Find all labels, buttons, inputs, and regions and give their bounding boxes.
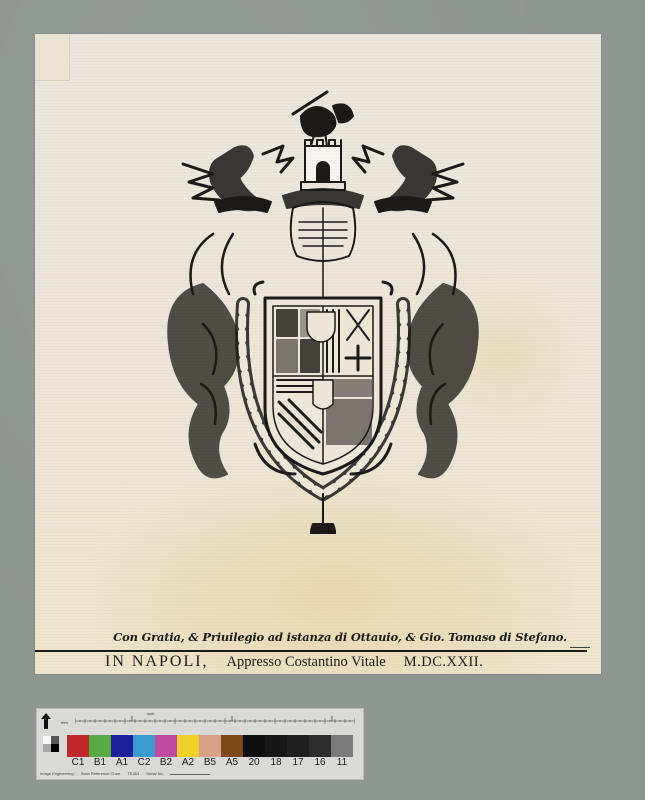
- patch-label: 18: [265, 757, 287, 768]
- patch-label: A2: [177, 757, 199, 768]
- chart-serial-label: Serial No.: [146, 771, 164, 776]
- patch-c1: [67, 735, 89, 757]
- chart-footer: Image Engineering Scan Reference Chart T…: [40, 771, 216, 776]
- mounting-tape: [35, 34, 70, 81]
- patch-label: A5: [221, 757, 243, 768]
- patch-label: B5: [199, 757, 221, 768]
- printed-leaf: Con Gratia, & Priuilegio ad istanza di O…: [35, 34, 601, 674]
- patch-c2: [133, 735, 155, 757]
- patch-label: C1: [67, 757, 89, 768]
- imprint-date: M.DC.XXII.: [404, 654, 484, 671]
- scan-reference-chart: mm inch C1 B1 A1 C2 B2 A2 B5: [36, 708, 364, 780]
- castle-tower-icon: [301, 140, 345, 190]
- mantling-right-icon: [408, 234, 478, 477]
- patch-11: [331, 735, 353, 757]
- patch-b5: [199, 735, 221, 757]
- dragon-supporter-left-icon: [183, 146, 293, 212]
- imprint-line: IN NAPOLI, Appresso Costantino Vitale M.…: [105, 653, 575, 671]
- patch-label: 16: [309, 757, 331, 768]
- imprint-rule-end: [570, 647, 590, 648]
- patch-b2: [155, 735, 177, 757]
- crest-beast-icon: [293, 92, 353, 146]
- patch-label: 20: [243, 757, 265, 768]
- dragon-supporter-right-icon: [353, 146, 463, 212]
- imprint-printer: Appresso Costantino Vitale: [227, 654, 386, 671]
- color-patches: [67, 735, 353, 757]
- patch-label: C2: [133, 757, 155, 768]
- patch-17: [287, 735, 309, 757]
- patch-a2: [177, 735, 199, 757]
- patch-labels: C1 B1 A1 C2 B2 A2 B5 A5 20 18 17 16 11: [67, 757, 353, 768]
- patch-label: A1: [111, 757, 133, 768]
- mantling-left-icon: [168, 234, 238, 477]
- patch-b1: [89, 735, 111, 757]
- imprint-rule: [35, 650, 587, 652]
- coat-of-arms-woodcut: [143, 84, 503, 534]
- chart-model: TE263: [127, 771, 139, 776]
- patch-label: 17: [287, 757, 309, 768]
- up-arrow-icon: [41, 713, 51, 729]
- ruler-mm-label: mm: [61, 720, 68, 725]
- chart-maker: Image Engineering: [40, 771, 74, 776]
- patch-label: B1: [89, 757, 111, 768]
- patch-a5: [221, 735, 243, 757]
- patch-a1: [111, 735, 133, 757]
- gray-reference-squares: [43, 736, 59, 752]
- patch-label: 11: [331, 757, 353, 768]
- patch-16: [309, 735, 331, 757]
- ruler-scale: [75, 715, 355, 727]
- patch-20: [243, 735, 265, 757]
- patch-18: [265, 735, 287, 757]
- privilege-statement: Con Gratia, & Priuilegio ad istanza di O…: [85, 630, 595, 644]
- imprint-place: IN NAPOLI,: [105, 653, 209, 671]
- chart-name: Scan Reference Chart: [81, 771, 121, 776]
- patch-label: B2: [155, 757, 177, 768]
- shield-icon: [265, 298, 381, 474]
